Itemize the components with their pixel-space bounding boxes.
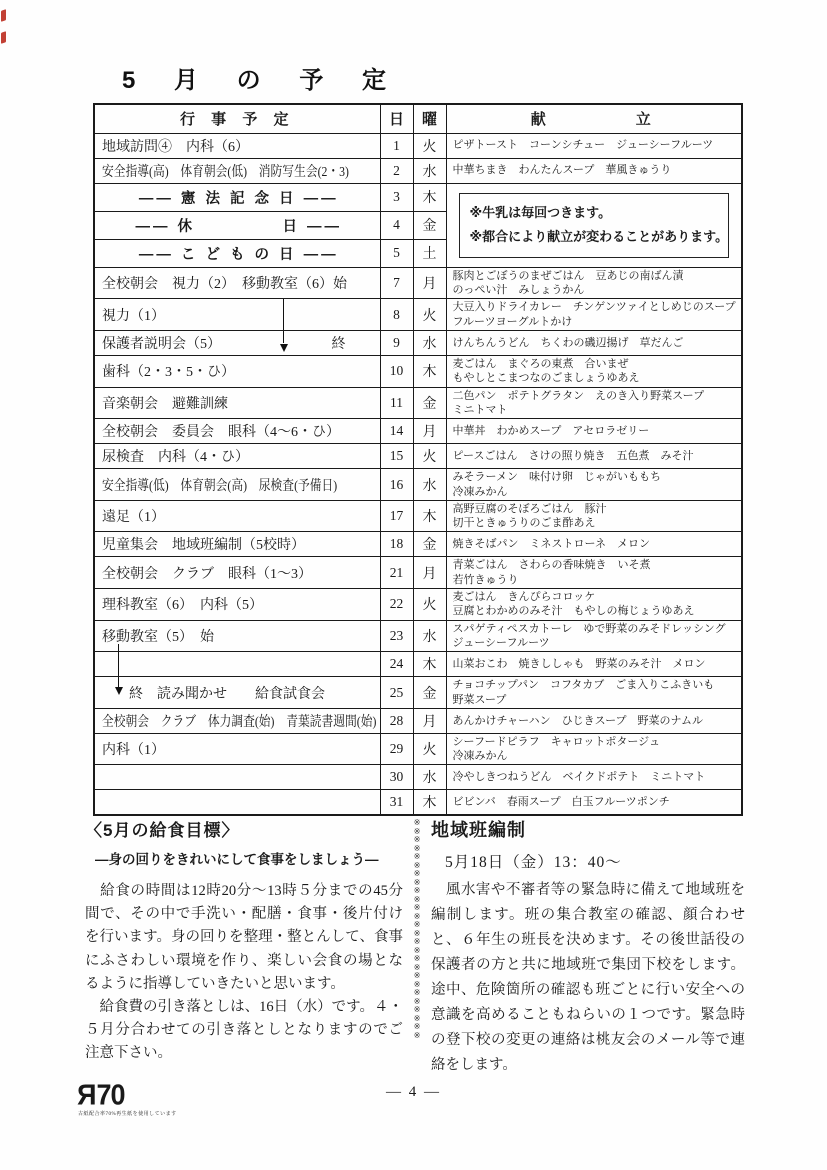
lunch-goal-title: 〈5月の給食目標〉 [85,816,403,841]
weekday-cell: 木 [413,183,446,211]
day-cell: 2 [380,158,413,183]
day-cell: 15 [380,444,413,469]
menu-cell: 中華丼 わかめスープ アセロラゼリー [446,419,742,444]
event-cell: 保護者説明会（5）終 [94,331,380,356]
menu-cell: スパゲティペスカトーレ ゆで野菜のみそドレッシングジューシーフルーツ [446,620,742,652]
day-cell: 4 [380,211,413,239]
page-title: 5 月 の 予 定 [122,60,402,95]
menu-cell: 高野豆腐のそぼろごはん 豚汁切干ときゅうりのごま酢あえ [446,500,742,532]
weekday-cell: 水 [413,620,446,652]
table-row: 尿検査 内科（4・ひ）15火ピースごはん さけの照り焼き 五色煮 みそ汁 [94,444,742,469]
table-row: 理科教室（6） 内科（5）22火麦ごはん きんぴらコロッケ豆腐とわかめのみそ汁 … [94,589,742,621]
menu-cell: 山菜おこわ 焼きししゃも 野菜のみそ汁 メロン [446,652,742,677]
weekday-cell: 月 [413,708,446,733]
weekday-cell: 水 [413,158,446,183]
event-cell: 全校朝会 委員会 眼科（4～6・ひ） [94,419,380,444]
schedule-arrow-line [283,299,285,331]
menu-cell: みそラーメン 味付け卵 じゃがいももち冷凍みかん [446,469,742,501]
event-cell: 安全指導(高) 体育朝会(低) 消防写生会(2・3) [94,158,380,183]
region-group-date: 5月18日（金）13：40～ [445,850,745,872]
weekday-cell: 月 [413,267,446,299]
table-row: 全校朝会 クラブ 体力調査(始) 青葉読書週間(始)28月あんかけチャーハン ひ… [94,708,742,733]
event-cell: 全校朝会 クラブ 眼科（1～3） [94,557,380,589]
day-cell: 29 [380,733,413,765]
weekday-cell: 火 [413,299,446,331]
table-row: 音楽朝会 避難訓練11金二色パン ポテトグラタン えのき入り野菜スープミニトマト [94,387,742,419]
weekday-cell: 木 [413,356,446,388]
red-edge-mark [1,9,6,22]
weekday-cell: 土 [413,239,446,267]
milk-notice-box: ※牛乳は毎回つきます。※都合により献立が変わることがあります。 [459,193,730,258]
weekday-cell: 火 [413,589,446,621]
menu-cell: 冷やしきつねうどん ベイクドポテト ミニトマト [446,765,742,790]
day-cell: 22 [380,589,413,621]
day-cell: 8 [380,299,413,331]
event-cell: 理科教室（6） 内科（5） [94,589,380,621]
weekday-cell: 木 [413,652,446,677]
day-cell: 14 [380,419,413,444]
day-cell: 17 [380,500,413,532]
menu-cell: 焼きそばパン ミネストローネ メロン [446,532,742,557]
schedule-table-body: 行 事 予 定 日 曜 献 立 地域訪問④ 内科（6）1火ピザトースト コーンシ… [94,104,742,815]
event-cell: 歯科（2・3・5・ひ） [94,356,380,388]
menu-cell: 豚肉とごぼうのまぜごはん 豆あじの南ばん漬のっぺい汁 みしょうかん [446,267,742,299]
menu-notice-cell: ※牛乳は毎回つきます。※都合により献立が変わることがあります。 [446,183,742,267]
asterisk-separator: ※※※※※※※※※※※※※※※※※※※※※※※※※※ [403,816,431,1078]
lunch-goal-section: 〈5月の給食目標〉 ―身の回りをきれいにして食事をしましょう― 給食の時間は12… [85,816,403,1078]
menu-cell: ビビンバ 春雨スープ 白玉フルーツポンチ [446,790,742,815]
weekday-cell: 月 [413,419,446,444]
newsletter-page: 5 月 の 予 定 行 事 予 定 日 曜 献 立 地域訪問④ 内科（6）1火ピ… [0,0,827,1170]
menu-cell: あんかけチャーハン ひじきスープ 野菜のナムル [446,708,742,733]
menu-cell: 中華ちまき わんたんスープ 華風きゅうり [446,158,742,183]
lunch-goal-paragraph-1: 給食の時間は12時20分～13時５分までの45分間で、その中で手洗い・配膳・食事… [85,880,403,996]
day-cell: 16 [380,469,413,501]
event-cell: 終 読み聞かせ 給食試食会 [94,677,380,709]
table-row: 視力（1）8火大豆入りドライカレー チンゲンツァイとしめじのスープフルーツヨーグ… [94,299,742,331]
lunch-goal-subtitle: ―身の回りをきれいにして食事をしましょう― [95,848,403,868]
table-row: 安全指導(高) 体育朝会(低) 消防写生会(2・3)2水中華ちまき わんたんスー… [94,158,742,183]
schedule-table: 行 事 予 定 日 曜 献 立 地域訪問④ 内科（6）1火ピザトースト コーンシ… [93,103,743,816]
arrow-head-icon [280,344,288,352]
weekday-cell: 木 [413,790,446,815]
menu-cell: 青菜ごはん さわらの香味焼き いそ煮若竹きゅうり [446,557,742,589]
weekday-cell: 月 [413,557,446,589]
day-cell: 23 [380,620,413,652]
table-row: 保護者説明会（5）終9水けんちんうどん ちくわの磯辺揚げ 草だんご [94,331,742,356]
day-cell: 18 [380,532,413,557]
day-cell: 10 [380,356,413,388]
header-events: 行 事 予 定 [94,104,380,133]
table-row: 地域訪問④ 内科（6）1火ピザトースト コーンシチュー ジューシーフルーツ [94,133,742,158]
weekday-cell: 火 [413,733,446,765]
table-row: 24木山菜おこわ 焼きししゃも 野菜のみそ汁 メロン [94,652,742,677]
menu-cell: チョコチップパン コフタカブ ごま入りこふきいも野菜スープ [446,677,742,709]
menu-cell: けんちんうどん ちくわの磯辺揚げ 草だんご [446,331,742,356]
menu-cell: ピースごはん さけの照り焼き 五色煮 みそ汁 [446,444,742,469]
weekday-cell: 金 [413,677,446,709]
menu-cell: 二色パン ポテトグラタン えのき入り野菜スープミニトマト [446,387,742,419]
menu-cell: 麦ごはん まぐろの東煮 合いまぜもやしとこまつなのごましょうゆあえ [446,356,742,388]
event-cell: 地域訪問④ 内科（6） [94,133,380,158]
day-cell: 24 [380,652,413,677]
event-cell: 尿検査 内科（4・ひ） [94,444,380,469]
table-row: 児童集会 地域班編制（5校時）18金焼きそばパン ミネストローネ メロン [94,532,742,557]
event-cell: 音楽朝会 避難訓練 [94,387,380,419]
event-cell: 全校朝会 クラブ 体力調査(始) 青葉読書週間(始) [94,708,380,733]
table-row: 安全指導(低) 体育朝会(高) 尿検査(予備日)16水みそラーメン 味付け卵 じ… [94,469,742,501]
table-row: 全校朝会 視力（2） 移動教室（6）始7月豚肉とごぼうのまぜごはん 豆あじの南ば… [94,267,742,299]
event-cell: ―― 憲 法 記 念 日 ―― [94,183,380,211]
event-cell: 内科（1） [94,733,380,765]
weekday-cell: 金 [413,532,446,557]
weekday-cell: 金 [413,387,446,419]
table-row: 全校朝会 クラブ 眼科（1～3）21月青菜ごはん さわらの香味焼き いそ煮若竹き… [94,557,742,589]
header-menu: 献 立 [446,104,742,133]
day-cell: 28 [380,708,413,733]
header-day: 日 [380,104,413,133]
event-cell: 全校朝会 視力（2） 移動教室（6）始 [94,267,380,299]
weekday-cell: 水 [413,469,446,501]
day-cell: 7 [380,267,413,299]
event-cell: 遠足（1） [94,500,380,532]
event-cell: ―― こ ど も の 日 ―― [94,239,380,267]
table-row: 遠足（1）17木高野豆腐のそぼろごはん 豚汁切干ときゅうりのごま酢あえ [94,500,742,532]
red-edge-mark [1,31,6,44]
weekday-cell: 木 [413,500,446,532]
weekday-cell: 火 [413,133,446,158]
event-cell [94,765,380,790]
table-row: 内科（1）29火シーフードピラフ キャロットポタージュ冷凍みかん [94,733,742,765]
table-row: 移動教室（5） 始23水スパゲティペスカトーレ ゆで野菜のみそドレッシングジュー… [94,620,742,652]
schedule-arrow-line [118,677,120,687]
weekday-cell: 水 [413,331,446,356]
arrow-head-icon [115,687,123,695]
table-row: 終 読み聞かせ 給食試食会25金チョコチップパン コフタカブ ごま入りこふきいも… [94,677,742,709]
day-cell: 21 [380,557,413,589]
schedule-arrow-line [118,652,120,677]
menu-cell: ピザトースト コーンシチュー ジューシーフルーツ [446,133,742,158]
lunch-goal-paragraph-2: 給食費の引き落としは、16日（水）です。４・５月分合わせての引き落としとなります… [85,996,403,1066]
day-cell: 31 [380,790,413,815]
page-number: ― 4 ― [0,1084,827,1101]
logo-caption: 古紙配合率70%再生紙を使用しています [78,1110,177,1117]
day-cell: 1 [380,133,413,158]
weekday-cell: 水 [413,765,446,790]
schedule-arrow-line [118,644,120,652]
table-row: 歯科（2・3・5・ひ）10木麦ごはん まぐろの東煮 合いまぜもやしとこまつなのご… [94,356,742,388]
day-cell: 11 [380,387,413,419]
menu-cell: シーフードピラフ キャロットポタージュ冷凍みかん [446,733,742,765]
day-cell: 25 [380,677,413,709]
table-row: 31木ビビンバ 春雨スープ 白玉フルーツポンチ [94,790,742,815]
day-cell: 30 [380,765,413,790]
region-group-section: 地域班編制 5月18日（金）13：40～ 風水害や不審者等の緊急時に備えて地域班… [431,816,745,1078]
schedule-arrow-line [283,331,285,343]
table-row: ―― 憲 法 記 念 日 ――3木※牛乳は毎回つきます。※都合により献立が変わる… [94,183,742,211]
event-cell: 視力（1） [94,299,380,331]
weekday-cell: 火 [413,444,446,469]
table-row: 全校朝会 委員会 眼科（4～6・ひ）14月中華丼 わかめスープ アセロラゼリー [94,419,742,444]
table-row: 30水冷やしきつねうどん ベイクドポテト ミニトマト [94,765,742,790]
weekday-cell: 金 [413,211,446,239]
region-group-title: 地域班編制 [431,816,745,842]
event-cell: 安全指導(低) 体育朝会(高) 尿検査(予備日) [94,469,380,501]
header-weekday: 曜 [413,104,446,133]
day-cell: 5 [380,239,413,267]
event-cell [94,790,380,815]
bottom-columns: 〈5月の給食目標〉 ―身の回りをきれいにして食事をしましょう― 給食の時間は12… [85,816,745,1078]
event-cell: ―― 休 日 ―― [94,211,380,239]
menu-cell: 麦ごはん きんぴらコロッケ豆腐とわかめのみそ汁 もやしの梅じょうゆあえ [446,589,742,621]
event-cell [94,652,380,677]
table-header-row: 行 事 予 定 日 曜 献 立 [94,104,742,133]
day-cell: 9 [380,331,413,356]
end-marker: 終 [332,333,346,353]
region-group-paragraph: 風水害や不審者等の緊急時に備えて地域班を編制します。班の集合教室の確認、顔合わせ… [431,878,745,1078]
day-cell: 3 [380,183,413,211]
event-cell: 児童集会 地域班編制（5校時） [94,532,380,557]
event-cell: 移動教室（5） 始 [94,620,380,652]
menu-cell: 大豆入りドライカレー チンゲンツァイとしめじのスープフルーツヨーグルトかけ [446,299,742,331]
